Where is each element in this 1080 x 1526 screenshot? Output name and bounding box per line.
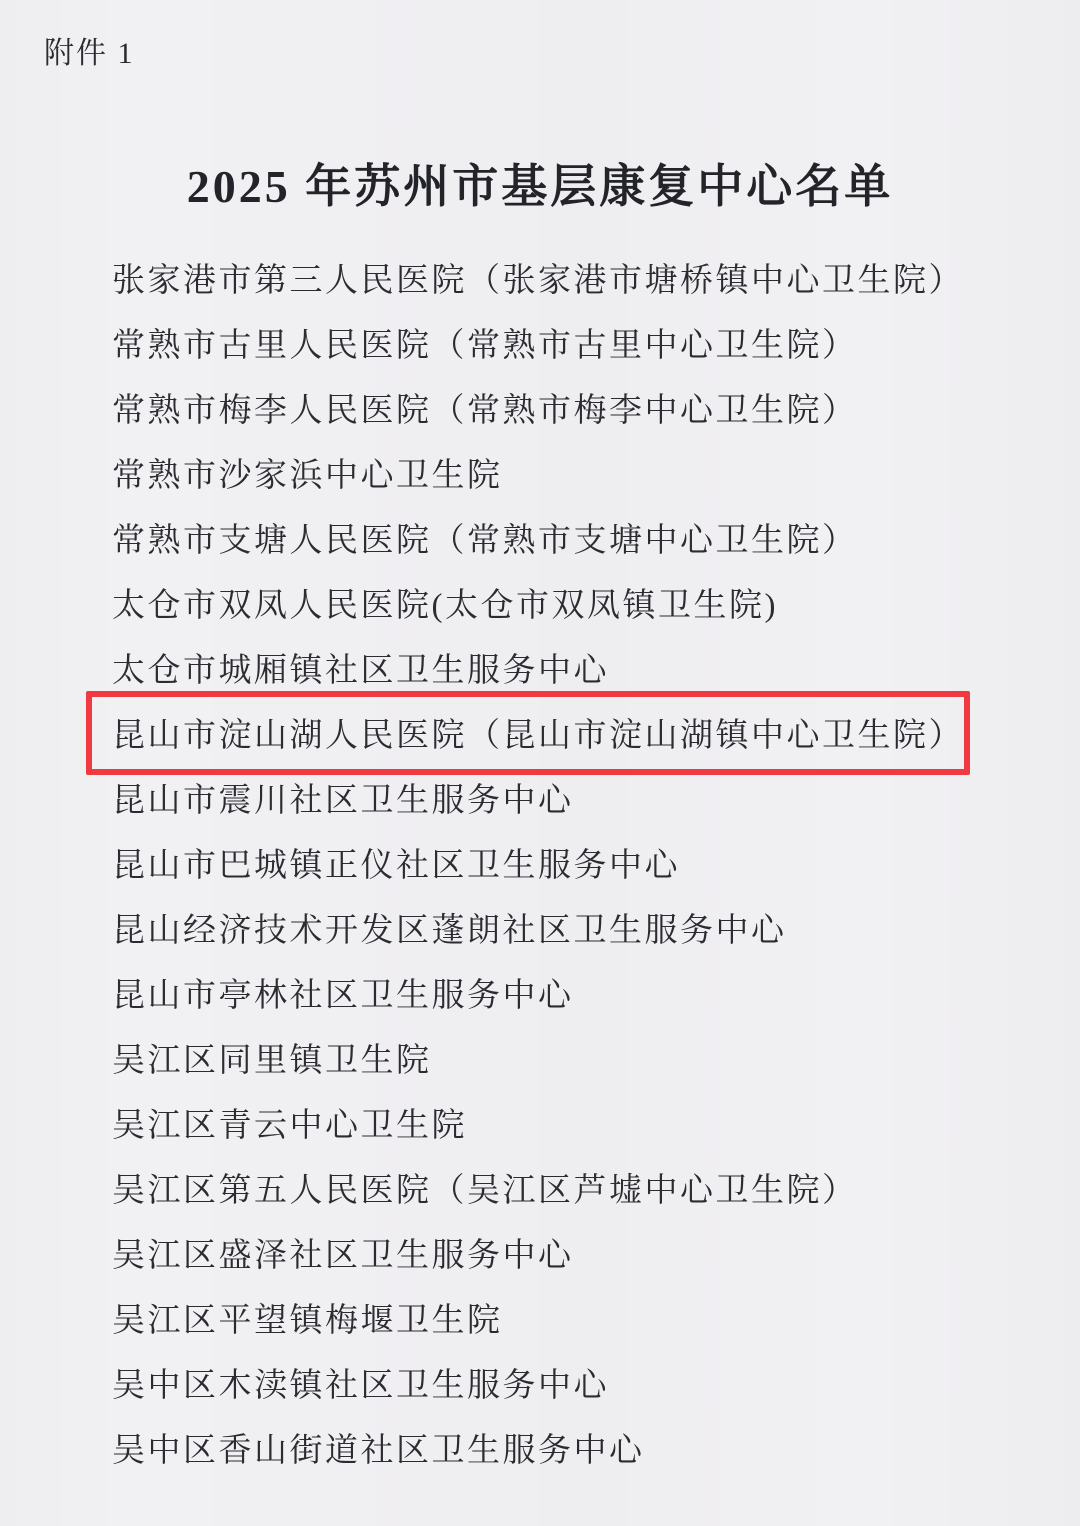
list-item: 常熟市支塘人民医院（常熟市支塘中心卫生院） bbox=[0, 505, 1080, 570]
list-item-text: 太仓市双凤人民医院(太仓市双凤镇卫生院) bbox=[112, 579, 778, 626]
list-item: 吴江区青云中心卫生院 bbox=[0, 1090, 1080, 1155]
list-item: 太仓市城厢镇社区卫生服务中心 bbox=[0, 635, 1080, 700]
list-item: 吴中区香山街道社区卫生服务中心 bbox=[0, 1415, 1080, 1480]
list-item: 常熟市古里人民医院（常熟市古里中心卫生院） bbox=[0, 310, 1080, 375]
list-item-highlighted: 昆山市淀山湖人民医院（昆山市淀山湖镇中心卫生院） bbox=[0, 700, 1080, 765]
list-item: 吴江区第五人民医院（吴江区芦墟中心卫生院） bbox=[0, 1155, 1080, 1220]
list-item-text: 吴江区青云中心卫生院 bbox=[112, 1099, 467, 1146]
list-item-text: 吴江区平望镇梅堰卫生院 bbox=[112, 1294, 503, 1341]
attachment-label: 附件 1 bbox=[44, 28, 135, 72]
list-item-text: 吴中区木渎镇社区卫生服务中心 bbox=[112, 1359, 609, 1406]
list-item: 张家港市第三人民医院（张家港市塘桥镇中心卫生院） bbox=[0, 245, 1080, 310]
list-item: 吴江区同里镇卫生院 bbox=[0, 1025, 1080, 1090]
list-item-text: 吴江区盛泽社区卫生服务中心 bbox=[112, 1229, 574, 1276]
list-item-text: 吴江区同里镇卫生院 bbox=[112, 1034, 432, 1081]
list-item-text: 昆山市震川社区卫生服务中心 bbox=[112, 774, 574, 821]
list-item-text: 常熟市古里人民医院（常熟市古里中心卫生院） bbox=[112, 319, 858, 366]
list-item-text: 昆山市淀山湖人民医院（昆山市淀山湖镇中心卫生院） bbox=[112, 709, 964, 756]
list-item: 常熟市梅李人民医院（常熟市梅李中心卫生院） bbox=[0, 375, 1080, 440]
list-item-text: 常熟市支塘人民医院（常熟市支塘中心卫生院） bbox=[112, 514, 858, 561]
list-item: 吴中区木渎镇社区卫生服务中心 bbox=[0, 1350, 1080, 1415]
list-item: 太仓市双凤人民医院(太仓市双凤镇卫生院) bbox=[0, 570, 1080, 635]
list-item-text: 太仓市城厢镇社区卫生服务中心 bbox=[112, 644, 609, 691]
list-item-text: 张家港市第三人民医院（张家港市塘桥镇中心卫生院） bbox=[112, 254, 964, 301]
list-item: 昆山经济技术开发区蓬朗社区卫生服务中心 bbox=[0, 895, 1080, 960]
page-title: 2025 年苏州市基层康复中心名单 bbox=[0, 150, 1080, 216]
list-item-text: 昆山市亭林社区卫生服务中心 bbox=[112, 969, 574, 1016]
list-item-text: 吴中区香山街道社区卫生服务中心 bbox=[112, 1424, 645, 1471]
list-item: 常熟市沙家浜中心卫生院 bbox=[0, 440, 1080, 505]
list-item-text: 常熟市梅李人民医院（常熟市梅李中心卫生院） bbox=[112, 384, 858, 431]
list-item-text: 常熟市沙家浜中心卫生院 bbox=[112, 449, 503, 496]
list-item: 吴江区平望镇梅堰卫生院 bbox=[0, 1285, 1080, 1350]
list-item-text: 昆山市巴城镇正仪社区卫生服务中心 bbox=[112, 839, 680, 886]
list-item-text: 昆山经济技术开发区蓬朗社区卫生服务中心 bbox=[112, 904, 787, 951]
list-item: 吴江区盛泽社区卫生服务中心 bbox=[0, 1220, 1080, 1285]
list-item: 昆山市亭林社区卫生服务中心 bbox=[0, 960, 1080, 1025]
list-item: 昆山市震川社区卫生服务中心 bbox=[0, 765, 1080, 830]
center-list: 张家港市第三人民医院（张家港市塘桥镇中心卫生院）常熟市古里人民医院（常熟市古里中… bbox=[0, 245, 1080, 1480]
list-item-text: 吴江区第五人民医院（吴江区芦墟中心卫生院） bbox=[112, 1164, 858, 1211]
list-item: 昆山市巴城镇正仪社区卫生服务中心 bbox=[0, 830, 1080, 895]
